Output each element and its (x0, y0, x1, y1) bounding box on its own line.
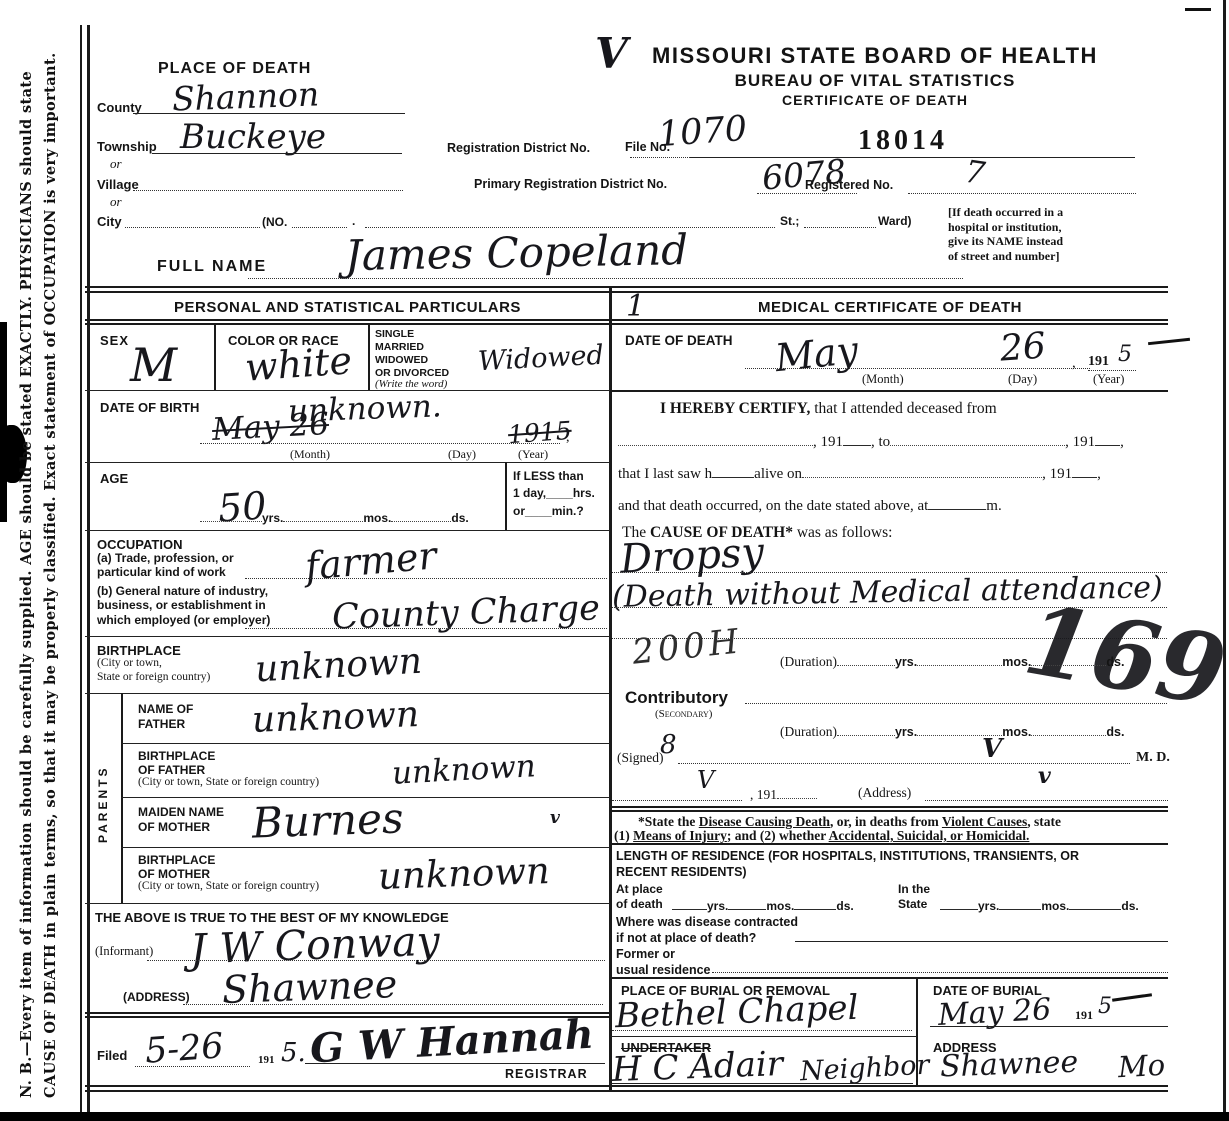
dod-comma: , (1072, 355, 1076, 372)
father-birthplace-sublabel: (City or town, State or foreign country) (138, 776, 319, 788)
burial-year-printed: 191 (1075, 1008, 1093, 1023)
address-row-year: , 191 (750, 785, 817, 803)
burial-stray-dash (1112, 993, 1152, 1001)
certify-line1: I HEREBY CERTIFY, that I attended deceas… (660, 400, 997, 418)
city-no-period: . (352, 214, 355, 228)
certify-line3: that I last saw halive on, 191, (618, 464, 1101, 483)
or-word-1: or (110, 156, 122, 172)
scan-artifact-bottom-bar (0, 1112, 1229, 1121)
informant-address-label: (ADDRESS) (123, 990, 190, 1004)
father-name-value: unknown (251, 697, 419, 739)
in-state-label: In the State (898, 882, 930, 912)
mother-row-check-icon: v (550, 810, 560, 827)
dob-struck-monthday: May 26 (211, 409, 330, 446)
medical-margin-mark: 1 (626, 292, 645, 322)
father-birthplace-value: unknown (391, 751, 536, 789)
township-label: Township (97, 139, 157, 154)
margin-note-line2: CAUSE OF DEATH in plain terms, so that i… (42, 52, 59, 1098)
medical-section-title: MEDICAL CERTIFICATE OF DEATH (612, 299, 1168, 316)
dob-month-sublabel: (Month) (290, 447, 330, 462)
registration-district-value: 1070 (657, 112, 748, 153)
dod-year-printed: 191 (1088, 354, 1109, 370)
board-title: MISSOURI STATE BOARD OF HEALTH (640, 43, 1110, 69)
birthplace-sublabel: (City or town, State or foreign country) (97, 657, 210, 685)
mother-birthplace-label: BIRTHPLACE OF MOTHER (138, 853, 215, 882)
date-of-death-month: May (773, 331, 860, 377)
in-state-units: yrs.mos.ds. (940, 896, 1139, 913)
registered-no-label: Registered No. (805, 178, 893, 192)
dob-day-sublabel: (Day) (448, 447, 476, 462)
mother-maiden-name-label: MAIDEN NAME OF MOTHER (138, 805, 224, 835)
birthplace-value: unknown (254, 644, 423, 689)
file-no-value: 18014 (858, 125, 948, 157)
residence-title: LENGTH OF RESIDENCE (FOR HOSPITALS, INST… (616, 848, 1079, 881)
marital-value: Widowed (477, 342, 604, 376)
death-certificate-scan: N. B.—Every item of information should b… (0, 0, 1229, 1121)
cause-footnote-line2: (1) Means of Injury; and (2) whether Acc… (614, 828, 1029, 844)
duration-line-1: (Duration)yrs.mos.ds. (780, 652, 1124, 670)
sex-label: SEX (100, 333, 129, 348)
birthplace-label: BIRTHPLACE (97, 643, 181, 658)
sex-value: M (130, 342, 177, 388)
date-of-death-day: 26 (999, 328, 1047, 367)
primary-registration-label: Primary Registration District No. (474, 177, 667, 191)
md-label: M. D. (1136, 750, 1170, 766)
or-word-2: or (110, 194, 122, 210)
bureau-title: BUREAU OF VITAL STATISTICS (640, 71, 1110, 91)
certify-line4: and that death occurred, on the date sta… (618, 496, 1002, 515)
former-residence-label: Former or usual residence (616, 947, 711, 978)
dod-month-sublabel: (Month) (862, 372, 904, 387)
mother-birthplace-sublabel: (City or town, State or foreign country) (138, 880, 319, 892)
father-birthplace-label: BIRTHPLACE OF FATHER (138, 749, 215, 778)
undertaker-note: Neighbor (799, 1052, 930, 1086)
filed-year-printed: 191 (258, 1054, 275, 1066)
undertaker-address-state: Mo (1117, 1051, 1166, 1082)
at-place-units: yrs.mos.ds. (672, 896, 854, 913)
dob-year-sublabel: (Year) (518, 447, 548, 462)
scan-artifact-left-strip (0, 322, 7, 522)
duration-line-2: (Duration)yrs.mos.ds. (780, 722, 1124, 740)
margin-note-line1: N. B.—Every item of information should b… (18, 71, 35, 1098)
undertaker-address-value: Shawnee (940, 1048, 1079, 1083)
occupation-b-label: (b) General nature of industry, business… (97, 584, 270, 627)
file-no-label: File No. (625, 140, 670, 154)
township-value: Buckeye (180, 120, 326, 154)
hospital-note: [If death occurred in a hospital or inst… (948, 205, 1138, 264)
at-place-label: At place of death (616, 882, 663, 912)
dob-label: DATE OF BIRTH (100, 400, 199, 415)
city-no-label: (NO. (262, 215, 287, 229)
dod-stray-dash (1148, 338, 1190, 345)
left-border-outer (80, 25, 82, 1112)
dob-struck-year: 1915 (507, 418, 572, 447)
filed-date-value: 5-26 (144, 1029, 225, 1069)
age-units-line: yrs.mos.ds. (200, 508, 469, 525)
column-divider (609, 286, 612, 1092)
certify-line2: , 191, to, 191, (618, 432, 1124, 451)
signed-label: (Signed) (617, 750, 664, 766)
occupation-b-value: County Charge (331, 591, 600, 635)
burial-year-written: 5 (1098, 996, 1112, 1018)
filed-year-written: 5. (281, 1040, 306, 1066)
address-row-check-icon: V (697, 768, 714, 792)
registrar-signature: G W Hannah (309, 1015, 595, 1070)
filed-label: Filed (97, 1048, 127, 1063)
informant-signature: J W Conway (189, 921, 440, 971)
cause-code-pencil: 200H (631, 624, 744, 669)
ward-label: Ward) (878, 214, 912, 228)
st-label: St.; (780, 214, 799, 228)
informant-label: (Informant) (95, 944, 153, 959)
date-of-death-label: DATE OF DEATH (625, 333, 733, 348)
parents-label: PARENTS (96, 766, 110, 843)
registrar-label: REGISTRAR (505, 1067, 588, 1081)
header-check-icon: V (595, 33, 628, 75)
occupation-a-label: (a) Trade, profession, or particular kin… (97, 551, 234, 580)
age-less-than-note: If LESS than 1 day,____hrs. or____min.? (513, 468, 595, 520)
registered-no-value: 7 (963, 157, 987, 190)
secondary-label: (Secondary) (655, 708, 712, 720)
burial-place-value: Bethel Chapel (614, 991, 858, 1033)
disease-contracted-label: Where was disease contracted if not at p… (616, 915, 798, 946)
signed-check-icon: V (982, 736, 1002, 762)
occupation-label: OCCUPATION (97, 537, 182, 552)
mother-maiden-name-value: Burnes (251, 797, 404, 844)
left-border-inner (87, 25, 90, 1112)
county-value: Shannon (171, 77, 319, 115)
certificate-title: CERTIFICATE OF DEATH (640, 92, 1110, 108)
color-race-value: white (244, 341, 353, 386)
age-label: AGE (100, 471, 128, 486)
marital-status-label: SINGLE MARRIED WIDOWED OR DIVORCED (375, 328, 449, 381)
contributory-label: Contributory (625, 688, 728, 708)
city-label: City (97, 214, 122, 229)
dod-year-sublabel: (Year) (1093, 372, 1124, 387)
right-border (1223, 0, 1226, 1112)
scan-artifact-top-dash (1185, 8, 1211, 11)
full-name-label: FULL NAME (157, 258, 267, 276)
dod-day-sublabel: (Day) (1008, 372, 1037, 387)
address-label: (Address) (858, 785, 911, 801)
informant-address-value: Shawnee (221, 965, 397, 1009)
undertaker-value: H C Adair (611, 1047, 783, 1087)
dod-year-written: 5 (1118, 344, 1132, 366)
address-check-icon: v (1038, 765, 1051, 787)
full-name-value: James Copeland (345, 229, 689, 277)
registration-district-label: Registration District No. (447, 141, 590, 155)
personal-section-title: PERSONAL AND STATISTICAL PARTICULARS (85, 299, 610, 316)
father-name-label: NAME OF FATHER (138, 702, 193, 732)
mother-birthplace-value: unknown (377, 852, 550, 895)
